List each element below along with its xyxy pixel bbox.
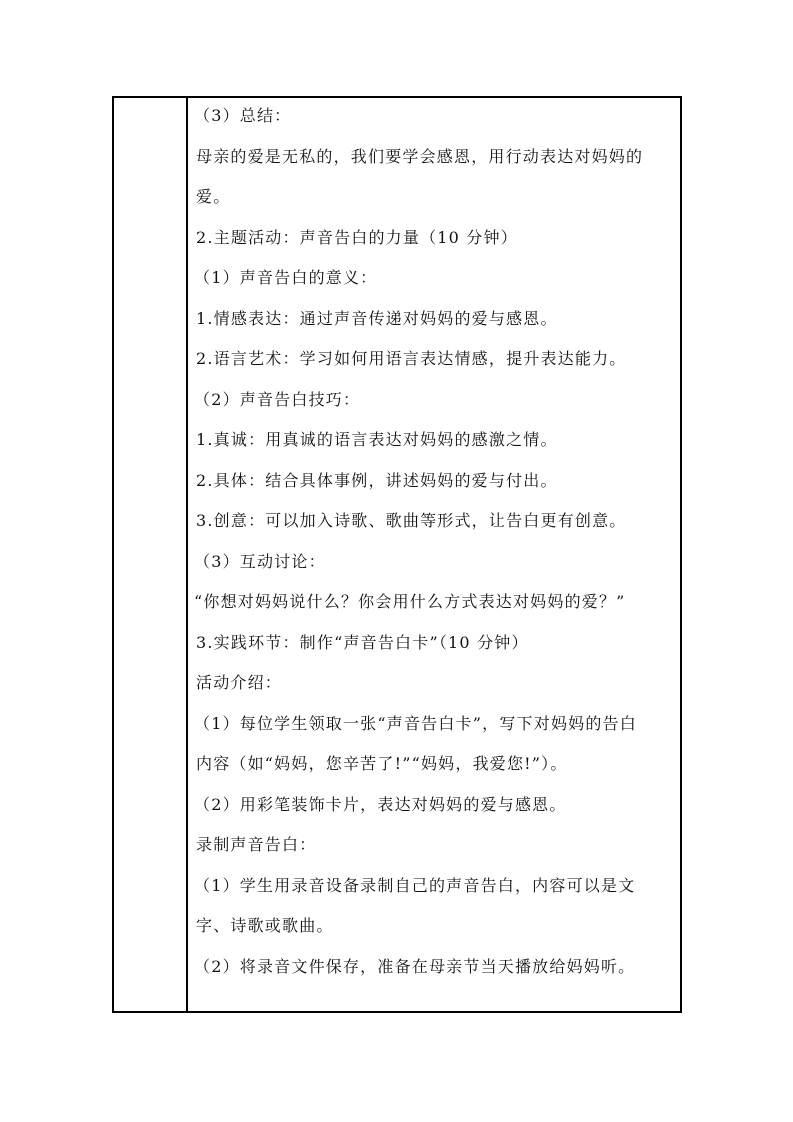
technique-item-1: 1.真诚：用真诚的语言表达对妈妈的感激之情。 (196, 430, 674, 450)
recording-heading: 录制声音告白： (196, 835, 674, 855)
table-content-column: （3）总结： 母亲的爱是无私的，我们要学会感恩，用行动表达对妈妈的 爱。 2.主… (188, 98, 680, 1011)
lesson-plan-table: （3）总结： 母亲的爱是无私的，我们要学会感恩，用行动表达对妈妈的 爱。 2.主… (112, 96, 682, 1013)
activity-step-2: （2）用彩笔装饰卡片，表达对妈妈的爱与感恩。 (194, 795, 674, 815)
meaning-item-2: 2.语言艺术：学习如何用语言表达情感，提升表达能力。 (196, 349, 674, 369)
techniques-heading: （2）声音告白技巧： (194, 390, 674, 410)
summary-text-line-1: 母亲的爱是无私的，我们要学会感恩，用行动表达对妈妈的 (196, 147, 674, 167)
recording-step-1-line-2: 字、诗歌或歌曲。 (196, 916, 674, 936)
activity-intro-heading: 活动介绍： (196, 673, 674, 693)
activity-step-1-line-2: 内容（如“妈妈，您辛苦了!”“妈妈，我爱您!”）。 (196, 754, 674, 774)
activity-step-1-line-1: （1）每位学生领取一张“声音告白卡”，写下对妈妈的告白 (194, 714, 674, 734)
recording-step-1-line-1: （1）学生用录音设备录制自己的声音告白，内容可以是文 (194, 876, 674, 896)
section-2-heading: 2.主题活动：声音告白的力量（10 分钟） (196, 228, 674, 248)
technique-item-3: 3.创意：可以加入诗歌、歌曲等形式，让告白更有创意。 (196, 511, 674, 531)
summary-heading: （3）总结： (194, 106, 674, 126)
table-left-column (114, 98, 188, 1011)
meaning-item-1: 1.情感表达：通过声音传递对妈妈的爱与感恩。 (196, 309, 674, 329)
recording-step-2: （2）将录音文件保存，准备在母亲节当天播放给妈妈听。 (194, 957, 674, 977)
discussion-question: “你想对妈妈说什么？你会用什么方式表达对妈妈的爱？” (194, 592, 674, 612)
meaning-heading: （1）声音告白的意义： (194, 268, 674, 288)
section-3-heading: 3.实践环节：制作“声音告白卡”（10 分钟） (196, 633, 674, 653)
discussion-heading: （3）互动讨论： (194, 552, 674, 572)
summary-text-line-2: 爱。 (196, 187, 674, 207)
technique-item-2: 2.具体：结合具体事例，讲述妈妈的爱与付出。 (196, 471, 674, 491)
